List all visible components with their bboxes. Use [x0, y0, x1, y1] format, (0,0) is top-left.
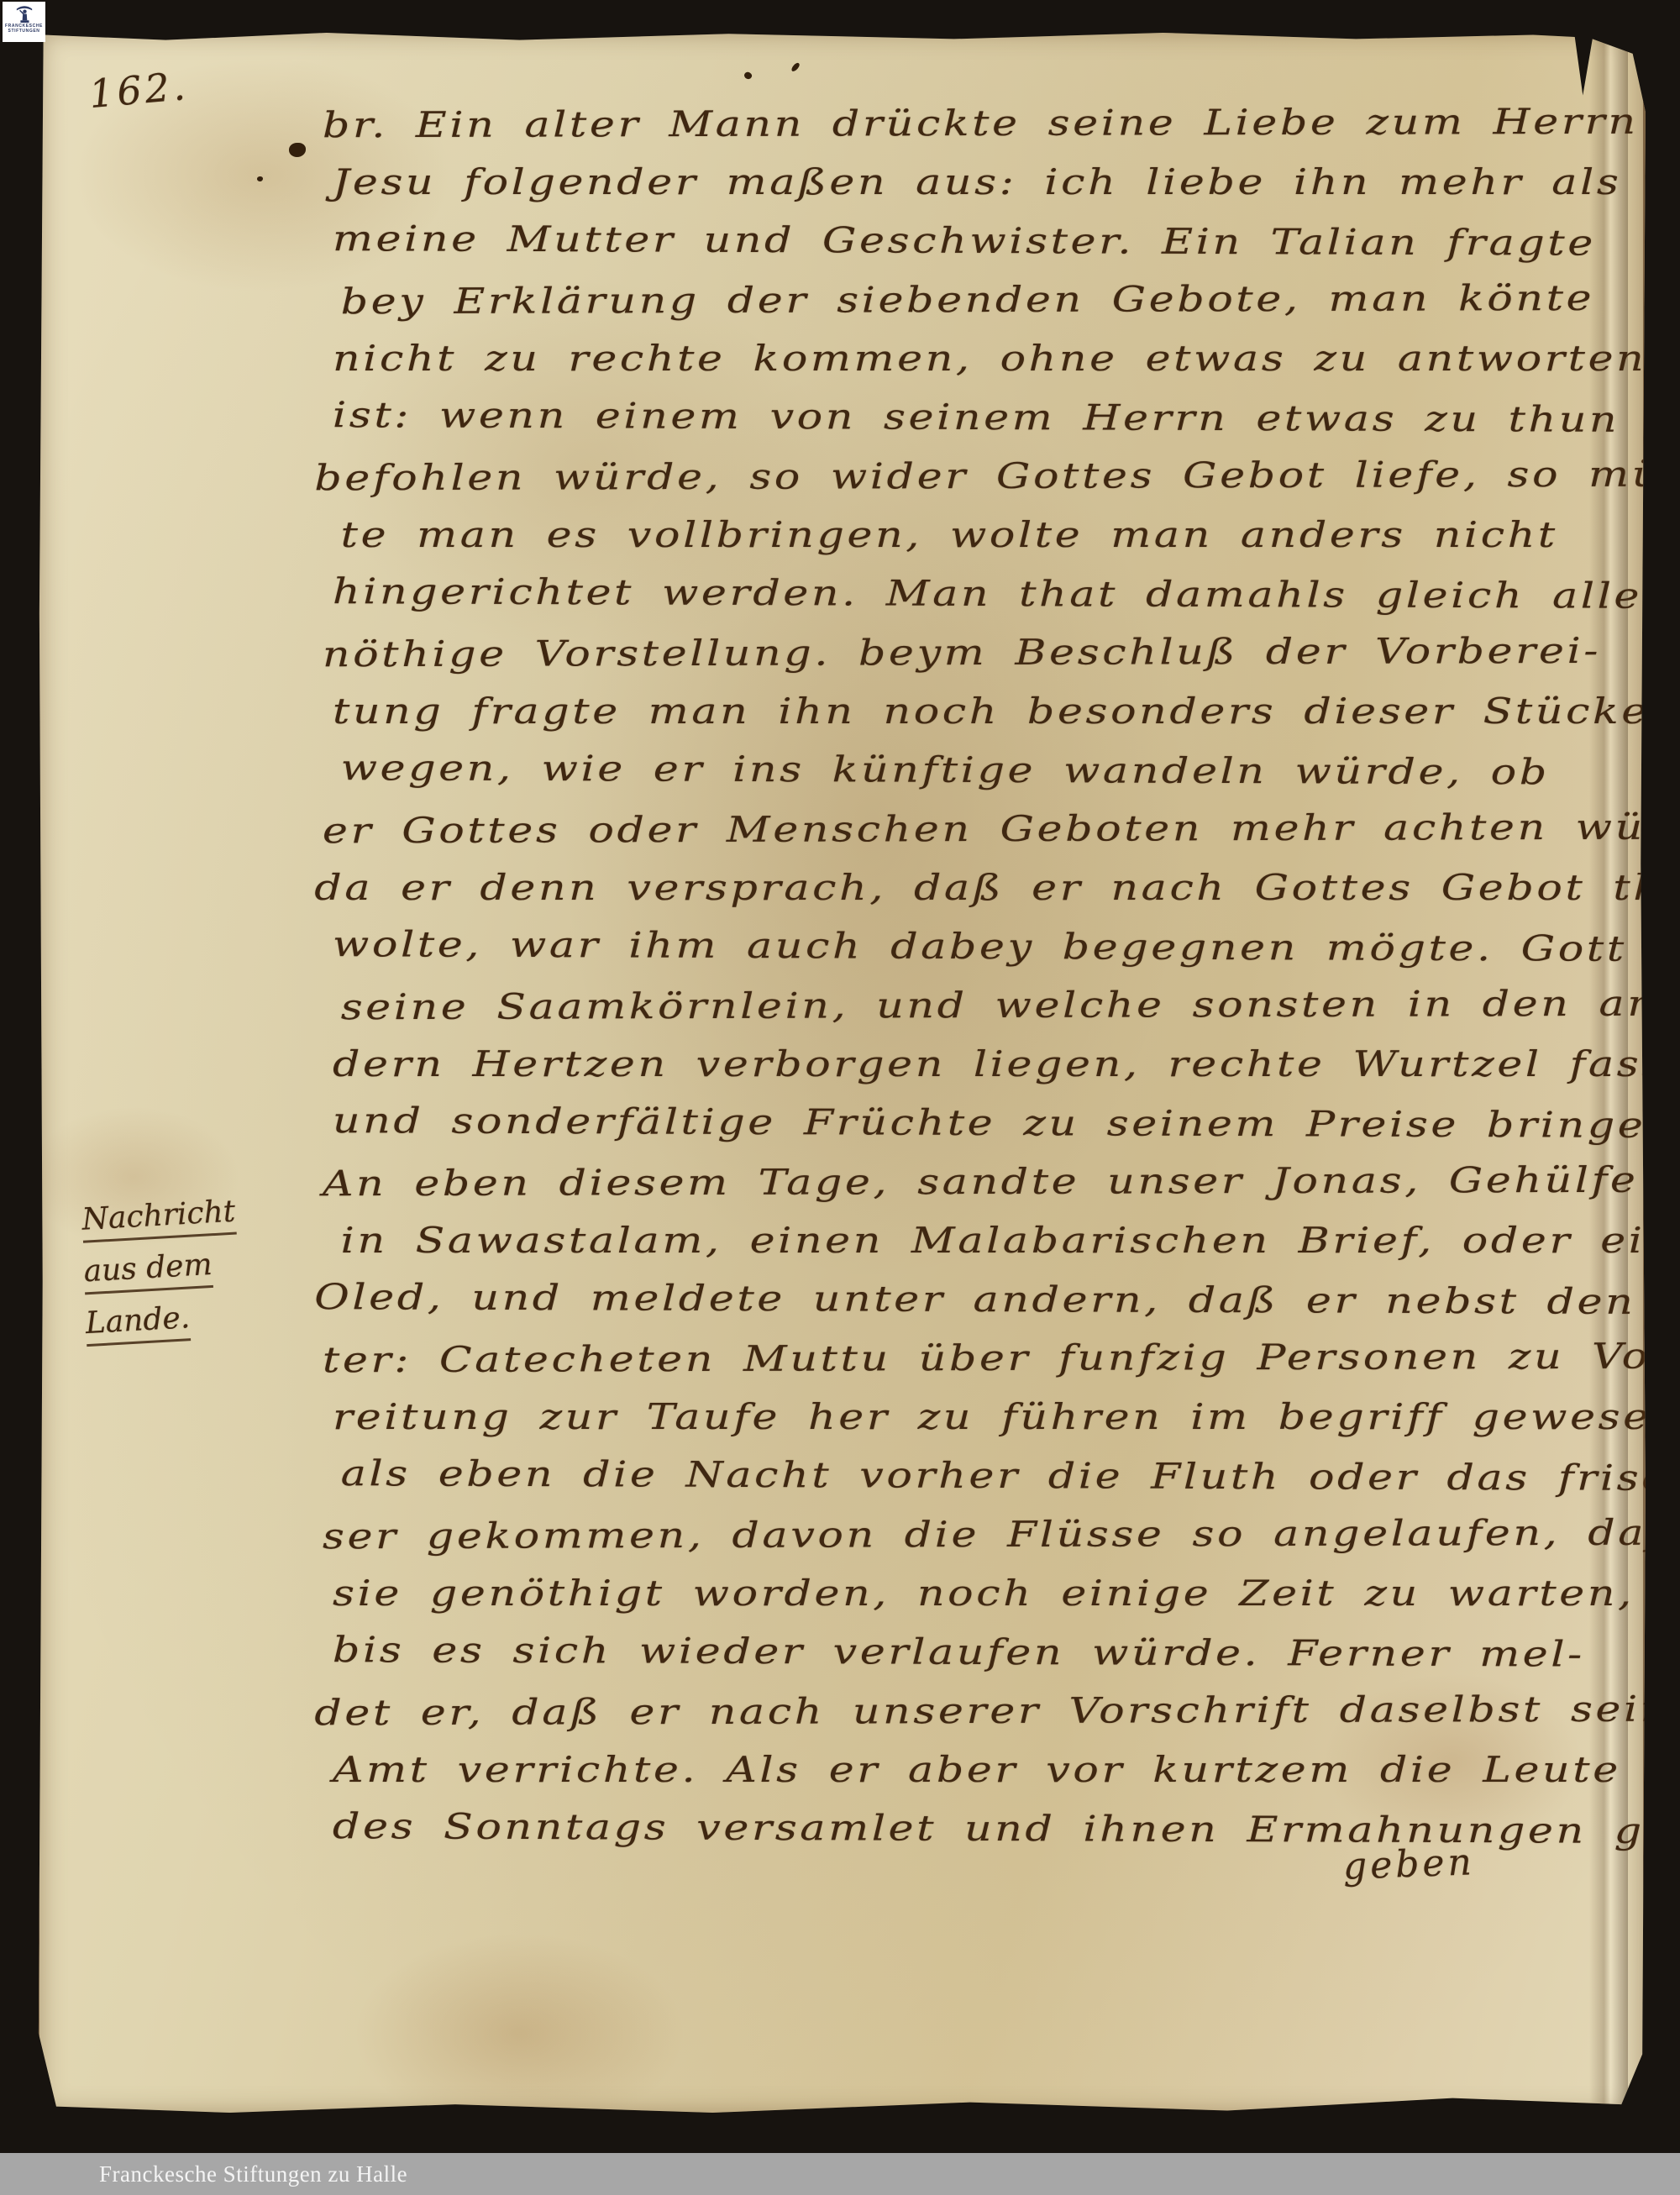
manuscript-line: Amt verrichte. Als er aber vor kurtzem d…: [333, 1741, 1646, 1799]
manuscript-line: und sonderfältige Früchte zu seinem Prei…: [333, 1091, 1646, 1155]
manuscript-line: sie genöthigt worden, noch einige Zeit z…: [333, 1564, 1646, 1623]
manuscript-body: br. Ein alter Mann drückte seine Liebe z…: [333, 94, 1646, 1858]
manuscript-line: te man es vollbringen, wolte man anders …: [341, 506, 1646, 565]
manuscript-line: reitung zur Taufe her zu führen im begri…: [333, 1388, 1646, 1447]
manuscript-line: det er, daß er nach unserer Vorschrift d…: [314, 1680, 1646, 1743]
manuscript-line: Jesu folgender maßen aus: ich liebe ihn …: [333, 153, 1646, 212]
marginal-note-line: aus dem: [83, 1247, 214, 1294]
footer-bar: Franckesche Stiftungen zu Halle: [0, 2153, 1680, 2195]
manuscript-line: seine Saamkörnlein, und welche sonsten i…: [340, 974, 1646, 1037]
marginal-note-line: Nachricht: [81, 1195, 236, 1243]
scan-background: 162. br. Ein alter Mann drückte seine Li…: [0, 0, 1680, 2195]
ink-blot: [790, 61, 801, 72]
manuscript-line: ser gekommen, davon die Flüsse so angela…: [323, 1504, 1646, 1567]
footer-title: Franckesche Stiftungen zu Halle: [99, 2161, 407, 2187]
manuscript-line: nicht zu rechte kommen, ohne etwas zu an…: [333, 329, 1646, 388]
manuscript-line: wolte, war ihm auch dabey begegnen mögte…: [333, 915, 1646, 979]
manuscript-line: nöthige Vorstellung. beym Beschluß der V…: [323, 622, 1646, 685]
manuscript-line: br. Ein alter Mann drückte seine Liebe z…: [323, 92, 1646, 155]
manuscript-line: hingerichtet werden. Man that damahls gl…: [333, 562, 1646, 626]
marginal-note-line: Lande.: [85, 1300, 192, 1347]
manuscript-line: bis es sich wieder verlaufen würde. Fern…: [333, 1620, 1646, 1684]
manuscript-line: befohlen würde, so wider Gottes Gebot li…: [314, 445, 1646, 508]
logo-box: FRANCKESCHE STIFTUNGEN: [3, 2, 45, 42]
manuscript-line: als eben die Nacht vorher die Fluth oder…: [340, 1444, 1646, 1508]
ink-blot: [289, 143, 306, 157]
manuscript-line: bey Erklärung der siebenden Gebote, man …: [340, 269, 1646, 332]
manuscript-line: da er denn versprach, daß er nach Gottes…: [314, 859, 1646, 917]
manuscript-line: ist: wenn einem von seinem Herrn etwas z…: [333, 386, 1646, 449]
manuscript-line: wegen, wie er ins künftige wandeln würde…: [340, 738, 1646, 802]
manuscript-line: tung fragte man ihn noch besonders diese…: [333, 682, 1646, 741]
manuscript-page: 162. br. Ein alter Mann drückte seine Li…: [37, 29, 1646, 2117]
ink-blot: [743, 71, 753, 80]
page-number: 162.: [87, 63, 191, 117]
manuscript-line: dern Hertzen verborgen liegen, rechte Wu…: [333, 1035, 1646, 1094]
ink-blot: [257, 176, 263, 181]
logo-caption-line2: STIFTUNGEN: [8, 29, 40, 34]
franckesche-monument-icon: [15, 3, 34, 24]
manuscript-line: An eben diesem Tage, sandte unser Jonas,…: [323, 1151, 1646, 1214]
marginal-note: Nachrichtaus demLande.: [81, 1195, 271, 1357]
manuscript-line: er Gottes oder Menschen Geboten mehr ach…: [323, 798, 1646, 861]
manuscript-line: Oled, und meldete unter andern, daß er n…: [314, 1268, 1646, 1331]
manuscript-line: in Sawastalam, einen Malabarischen Brief…: [341, 1211, 1646, 1270]
manuscript-line: ter: Catecheten Muttu über funfzig Perso…: [323, 1327, 1646, 1390]
manuscript-line: meine Mutter und Geschwister. Ein Talian…: [333, 209, 1646, 273]
catchword: geben: [1342, 1841, 1475, 1888]
